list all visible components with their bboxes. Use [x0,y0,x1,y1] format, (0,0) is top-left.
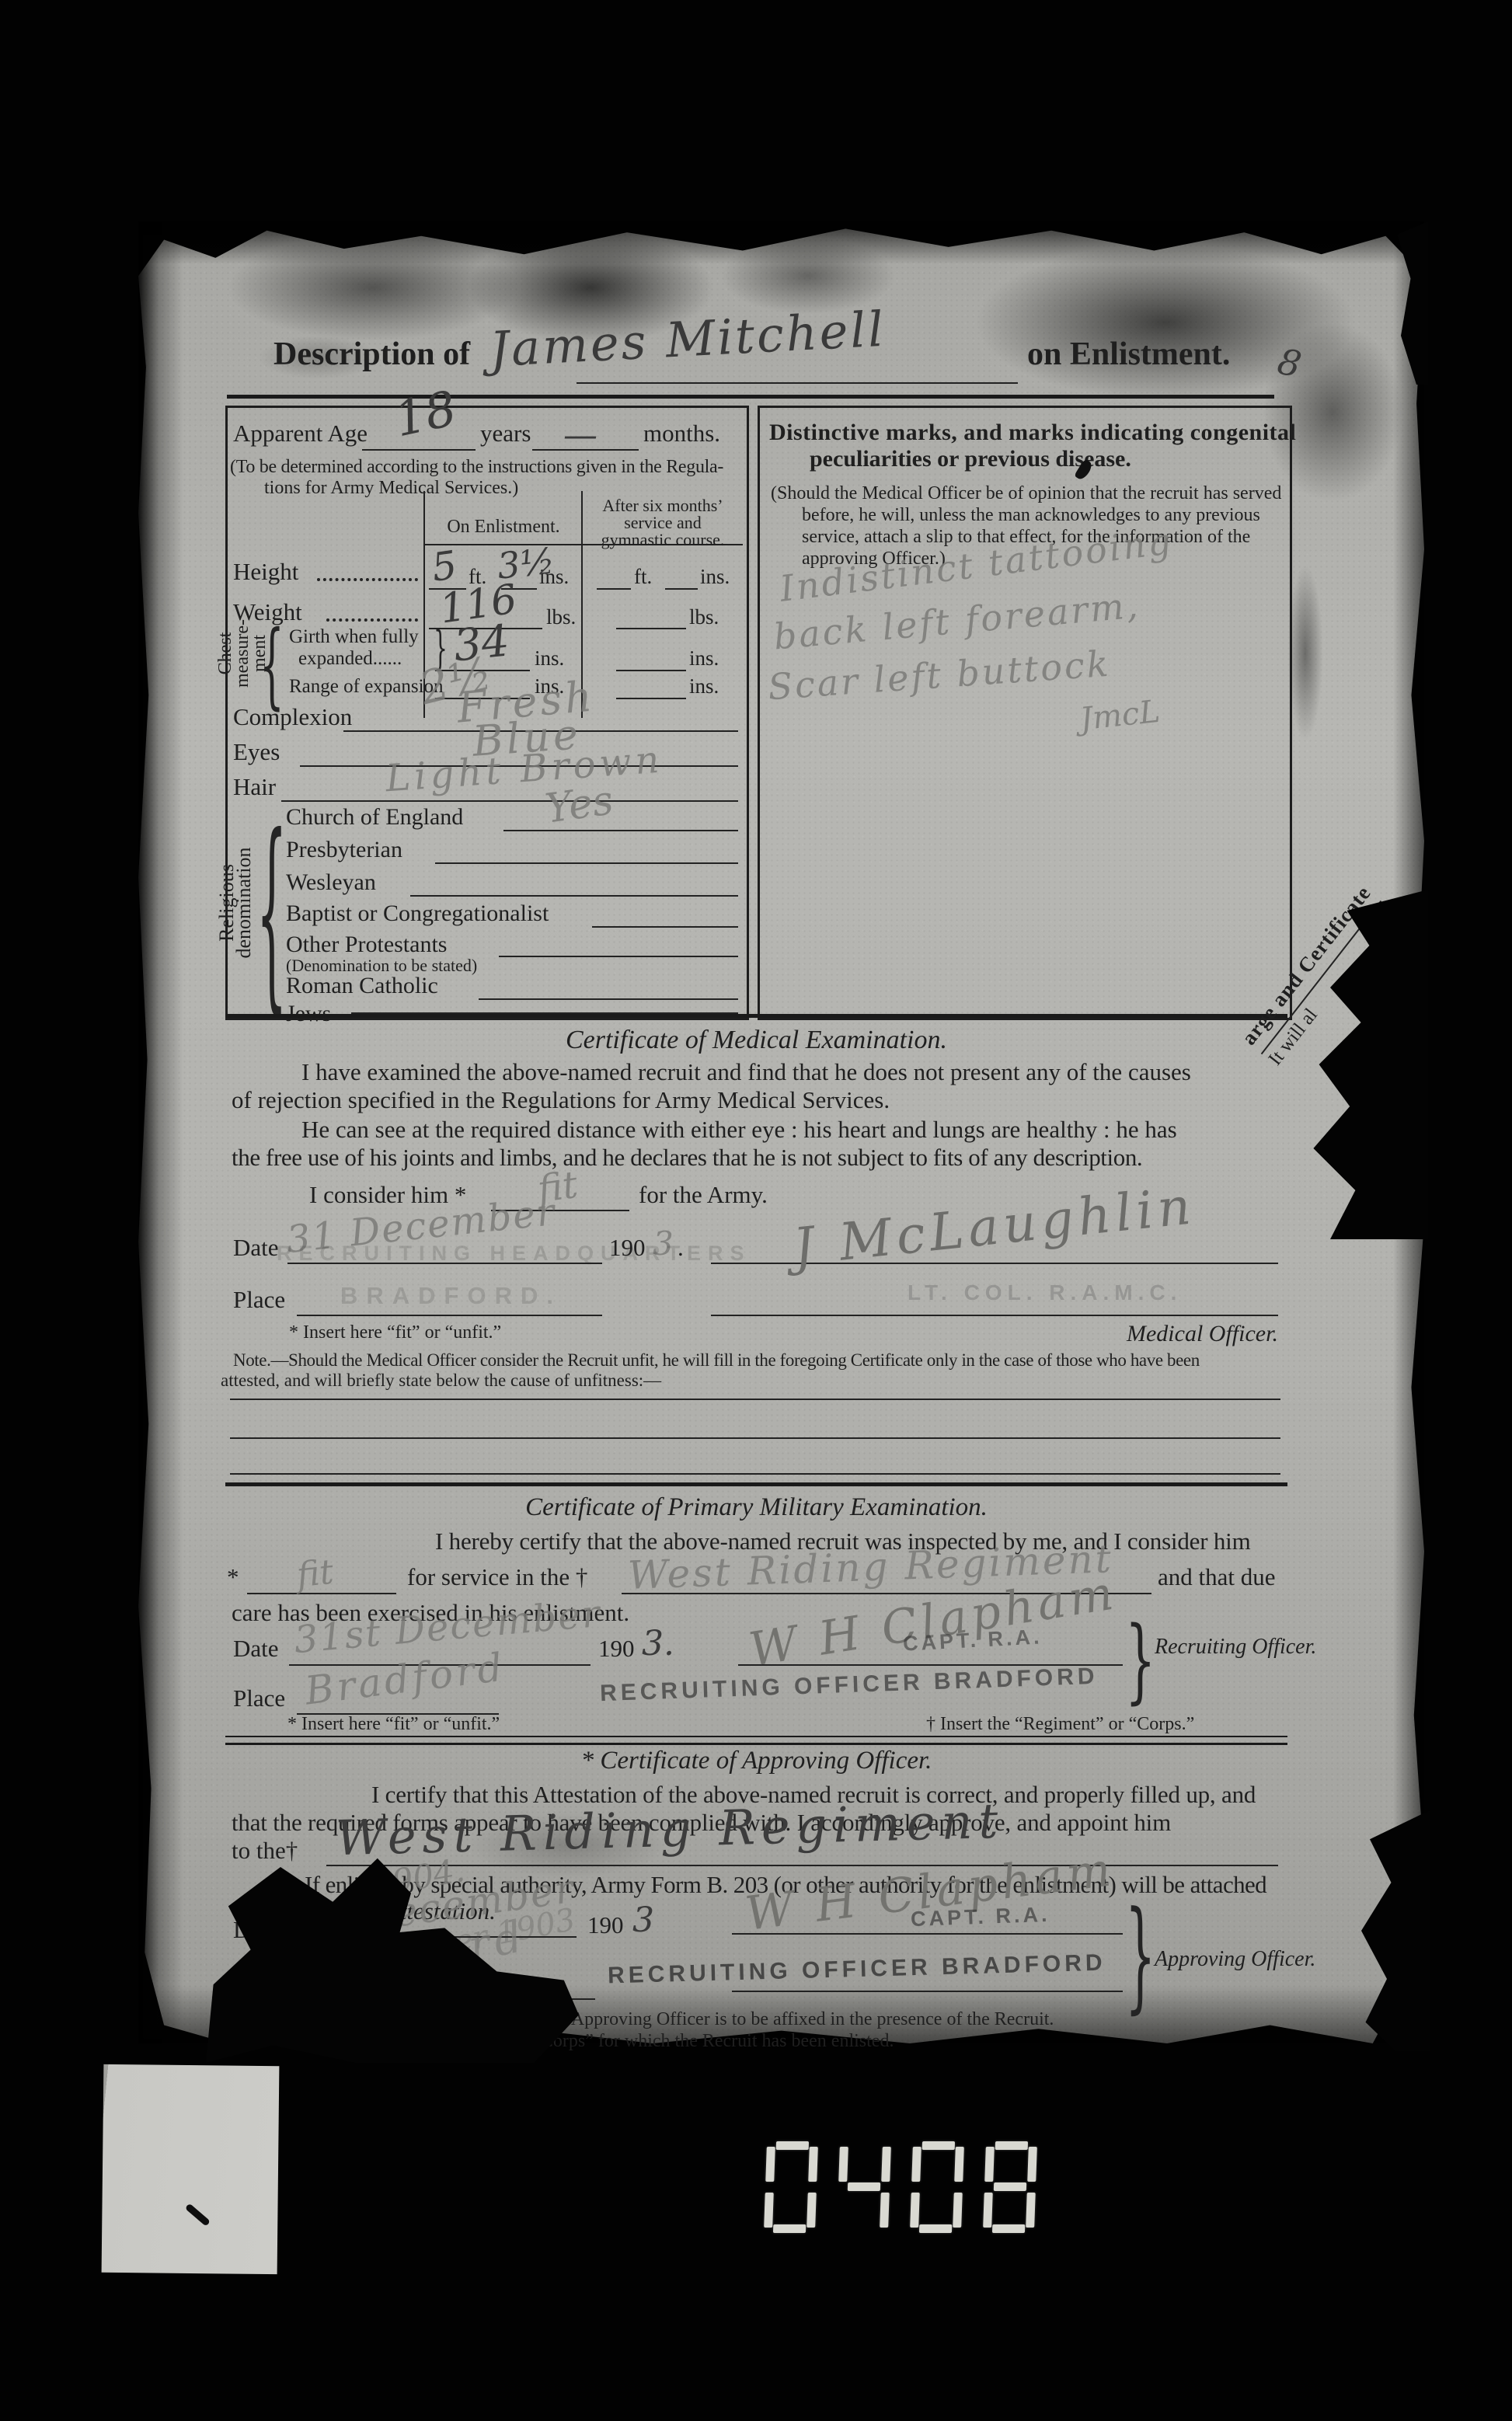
weight-unit2: lbs. [689,605,719,629]
approving-signature-line [732,1933,1123,1935]
medical-para1-line2: of rejection specified in the Regulation… [232,1086,890,1114]
girth-label-line2: expanded...... [298,648,402,670]
approving-officer-brace-icon: } [1125,1896,1155,2016]
primary-mid-label: for service in the † [407,1563,587,1591]
title-rule [227,395,1274,399]
religion-item-baptist: Baptist or Congregationalist [286,900,549,927]
religion-item-presbyterian: Presbyterian [286,837,402,863]
medical-officer-line [711,1315,1278,1316]
height-label: Height [233,558,298,586]
primary-insert-note: * Insert here “fit” or “unfit.” [287,1714,500,1735]
religion-item-catholic: Roman Catholic [286,973,438,999]
page-title-prefix: Description of [273,336,470,373]
unfitness-blank-line3 [230,1473,1280,1475]
primary-year-prefix: 190 [598,1635,635,1663]
religion-item-other: Other Protestants [286,932,447,958]
primary-year-suffix: 3. [642,1624,674,1663]
medical-note-line1: Note.—Should the Medical Officer conside… [233,1350,1200,1371]
primary-heading: Certificate of Primary Military Examinat… [225,1493,1287,1522]
religion-line-catholic [479,998,738,1000]
col-header-after-3: gymnastic course. [584,530,741,550]
apparent-age-label: Apparent Age [233,420,368,448]
age-months-value-handwritten: — [563,416,597,455]
primary-line2-end: and that due [1158,1563,1276,1591]
approving-officer-line [732,1991,1123,1992]
primary-date-label: Date [233,1635,279,1663]
medical-para1-line1: I have examined the above-named recruit … [301,1058,1191,1086]
religion-line-other [499,956,738,957]
girth-unit2: ins. [689,646,719,671]
girth-unit: ins. [535,646,564,671]
page-title-suffix: on Enlistment. [1027,336,1230,373]
medical-officer-label: Medical Officer. [1127,1321,1278,1347]
girth-line2 [616,670,686,671]
medical-consider-end: for the Army. [639,1181,768,1209]
height-ft-line2 [597,588,631,590]
range-line2 [616,698,686,699]
height-in-unit2: ins. [700,565,730,589]
primary-officer-label: Recruiting Officer. [1155,1635,1316,1660]
medical-heading: Certificate of Medical Examination. [225,1026,1287,1055]
weight-leader [326,618,418,622]
medical-para2-line2: the free use of his joints and limbs, an… [232,1144,1142,1172]
approving-officer-label: Approving Officer. [1155,1947,1315,1972]
religion-brace-icon: { [256,810,287,1017]
unfitness-blank-line2 [230,1437,1280,1439]
weight-unit: lbs. [546,605,576,629]
range-unit2: ins. [689,674,719,698]
religion-coe-value: Yes [542,777,616,833]
medical-place-label: Place [233,1286,285,1314]
col-header-on-enlistment: On Enlistment. [428,517,579,538]
religion-vertical-label: Religious denomination [218,829,253,977]
medical-rank-stamp: LT. COL. R.A.M.C. [908,1280,1182,1305]
age-note-line2: tions for Army Medical Services.) [264,478,518,499]
complexion-label: Complexion [233,703,352,731]
medical-top-rule [225,1014,1287,1018]
primary-corps-note: † Insert the “Regiment” or “Corps.” [926,1714,1194,1735]
hair-line [281,800,738,802]
primary-fit-line [247,1593,396,1594]
blank-card [102,2064,280,2274]
approving-year-suffix: 3 [632,1900,654,1940]
frame-number-display [765,2141,1036,2233]
edge-shadow-top [138,221,1424,264]
frame-digit [764,2141,818,2233]
religion-item-wesleyan: Wesleyan [286,869,376,896]
marks-note-line1: (Should the Medical Officer be of opinio… [771,483,1281,504]
religion-line-wesleyan [410,895,738,897]
marks-note-line2: before, he will, unless the man acknowle… [802,505,1260,526]
age-years-line [362,449,476,451]
age-months-label: months. [643,420,720,448]
girth-label-line1: Girth when fully [289,626,419,648]
primary-asterisk: * [227,1563,239,1591]
primary-fit-value: fit [294,1552,335,1596]
card-pen-mark [185,2203,211,2226]
frame-digit [910,2141,964,2233]
religion-line-presbyterian [435,862,738,864]
religion-line-coe [503,830,738,831]
eyes-label: Eyes [233,738,280,766]
medical-hq-stamp-line2: BRADFORD. [340,1282,562,1310]
weight-line2 [616,628,686,629]
approving-heading: * Certificate of Approving Officer. [225,1747,1287,1775]
frame-digit [837,2141,891,2233]
frame-digit [983,2141,1037,2233]
unfitness-blank-line1 [230,1399,1280,1400]
medical-date-label: Date [233,1234,279,1262]
approving-para1-line3: to the† [232,1837,298,1865]
primary-officer-brace-icon: } [1125,1615,1155,1706]
medical-place-line [297,1315,602,1316]
age-years-label: years [480,420,531,448]
name-underline [577,382,1018,384]
primary-top-rule [225,1482,1287,1486]
approving-year-prefix: 190 [587,1911,624,1939]
approving-capt-stamp: CAPT. R.A. [911,1903,1050,1932]
edge-shadow-left [138,221,183,2043]
height-leader [317,578,418,581]
approving-top-rule [225,1736,1287,1745]
approving-regiment-line [326,1865,1278,1866]
religion-item-coe: Church of England [286,804,463,831]
chest-brace-icon: { [260,618,284,712]
height-in-line2 [665,588,698,590]
primary-place-label: Place [233,1684,285,1712]
height-ft-unit2: ft. [634,565,652,589]
medical-hq-stamp-line1: RECRUITING HEADQUARTERS [277,1242,751,1266]
marks-heading-line1: Distinctive marks, and marks indicating … [769,420,1296,446]
medical-para2-line1: He can see at the required distance with… [301,1116,1177,1144]
age-note-line1: (To be determined according to the instr… [230,457,723,478]
microfilm-photo: Description of James Mitchell on Enlistm… [0,0,1512,2421]
medical-note-line2: attested, and will briefly state below t… [221,1371,661,1391]
religion-line-baptist [592,926,738,928]
medical-insert-note: * Insert here “fit” or “unfit.” [289,1322,501,1343]
